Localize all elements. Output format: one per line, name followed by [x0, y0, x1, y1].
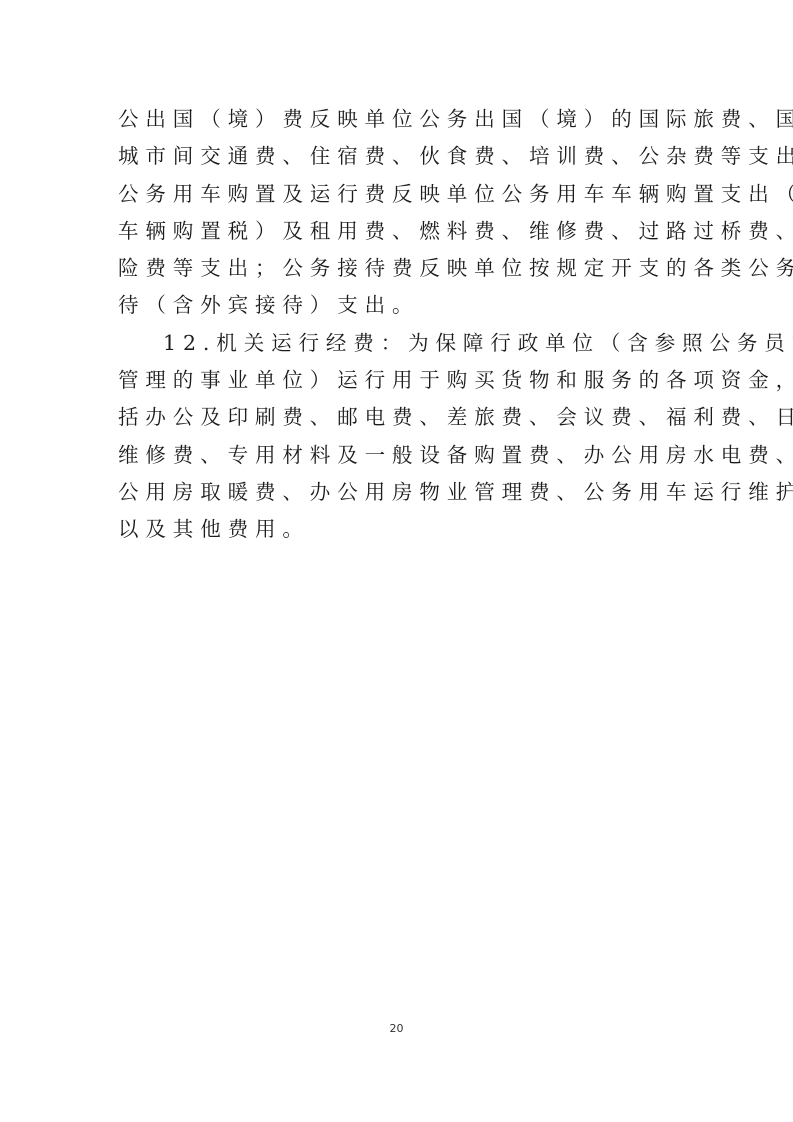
paragraph-line: 以及其他费用。: [118, 511, 676, 548]
paragraph-line: 管理的事业单位）运行用于购买货物和服务的各项资金，包: [118, 362, 676, 399]
paragraph-line: 险费等支出；公务接待费反映单位按规定开支的各类公务接: [118, 250, 676, 287]
page-number: 20: [0, 1022, 793, 1035]
paragraph-line: 车辆购置税）及租用费、燃料费、维修费、过路过桥费、保: [118, 213, 676, 250]
document-page: 公出国（境）费反映单位公务出国（境）的国际旅费、国外 城市间交通费、住宿费、伙食…: [0, 0, 793, 1122]
paragraph-line: 括办公及印刷费、邮电费、差旅费、会议费、福利费、日常: [118, 399, 676, 436]
paragraph-line: 待（含外宾接待）支出。: [118, 287, 676, 324]
body-text: 公出国（境）费反映单位公务出国（境）的国际旅费、国外 城市间交通费、住宿费、伙食…: [118, 101, 676, 549]
paragraph-line: 城市间交通费、住宿费、伙食费、培训费、公杂费等支出；: [118, 138, 676, 175]
paragraph-line: 公用房取暖费、办公用房物业管理费、公务用车运行维护费: [118, 474, 676, 511]
section-heading-line: 12.机关运行经费：为保障行政单位（含参照公务员法: [118, 325, 676, 362]
paragraph-line: 公务用车购置及运行费反映单位公务用车车辆购置支出（含: [118, 176, 676, 213]
paragraph-line: 公出国（境）费反映单位公务出国（境）的国际旅费、国外: [118, 101, 676, 138]
paragraph-line: 维修费、专用材料及一般设备购置费、办公用房水电费、办: [118, 437, 676, 474]
